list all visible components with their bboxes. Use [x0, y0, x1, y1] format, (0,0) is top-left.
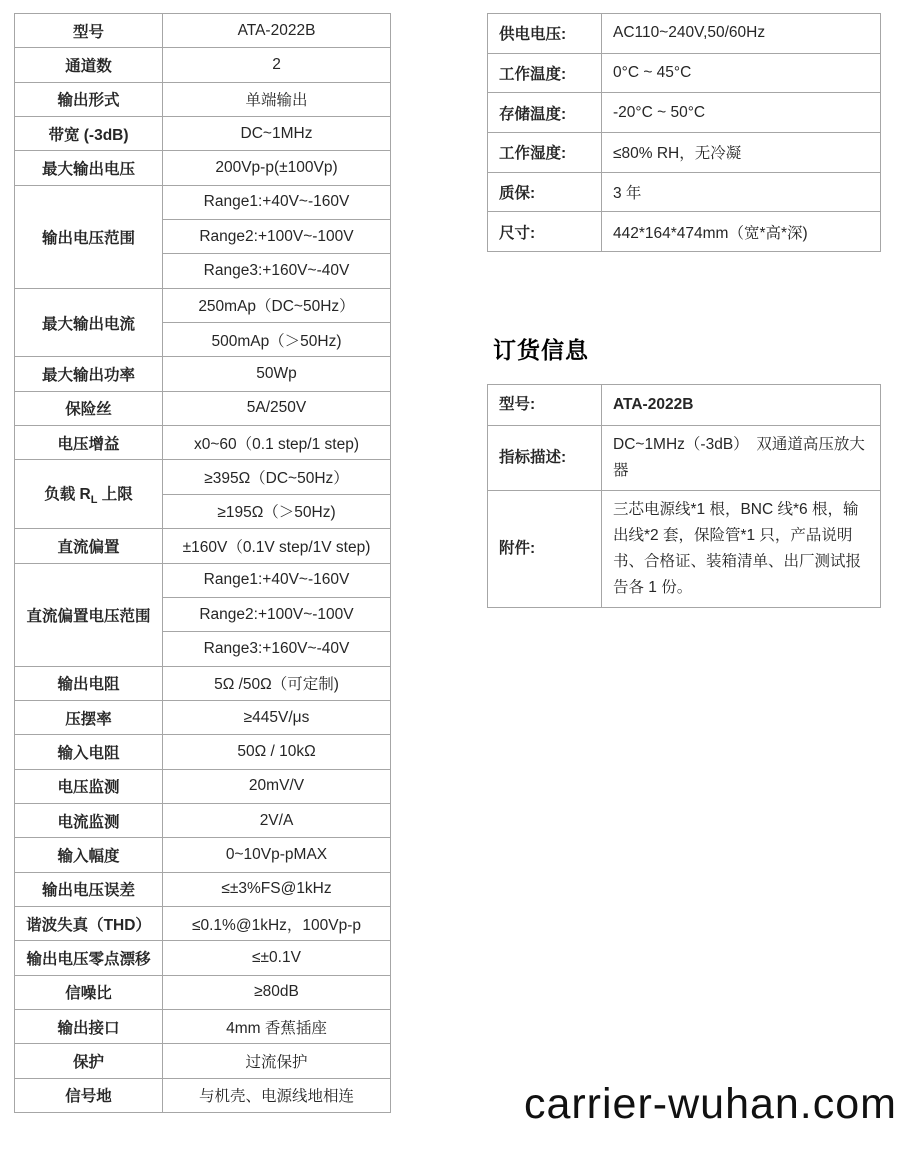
- spec-value: x0~60（0.1 step/1 step): [163, 426, 391, 460]
- spec-value: Range3:+160V~-40V: [163, 632, 391, 666]
- spec-label: 输出电压零点漂移: [15, 941, 163, 975]
- table-row: 最大输出电流250mAp（DC~50Hz）: [15, 288, 391, 322]
- spec-value: Range2:+100V~-100V: [163, 220, 391, 254]
- spec-label: 电压增益: [15, 426, 163, 460]
- spec-label: 输出电阻: [15, 666, 163, 700]
- page: { "colors": { "background": "#ffffff", "…: [0, 0, 899, 1152]
- table-row: 输出电压误差≤±3%FS@1kHz: [15, 872, 391, 906]
- table-row: 型号ATA-2022B: [15, 14, 391, 48]
- spec-label: 附件:: [488, 491, 602, 608]
- spec-value: 0~10Vp-pMAX: [163, 838, 391, 872]
- spec-value: 442*164*474mm（宽*高*深): [602, 212, 881, 252]
- table-row: 谐波失真（THD）≤0.1%@1kHz，100Vp-p: [15, 906, 391, 940]
- spec-label: 最大输出功率: [15, 357, 163, 391]
- spec-value: ≤80% RH，无冷凝: [602, 132, 881, 172]
- table-row: 通道数2: [15, 48, 391, 82]
- spec-value: ≥395Ω（DC~50Hz）: [163, 460, 391, 494]
- table-row: 质保:3 年: [488, 172, 881, 212]
- spec-label: 保险丝: [15, 391, 163, 425]
- spec-value: 5Ω /50Ω（可定制): [163, 666, 391, 700]
- spec-label: 压摆率: [15, 700, 163, 734]
- table-row: 输出电压零点漂移≤±0.1V: [15, 941, 391, 975]
- spec-label: 型号: [15, 14, 163, 48]
- spec-value: Range3:+160V~-40V: [163, 254, 391, 288]
- spec-value: 过流保护: [163, 1044, 391, 1078]
- spec-label: 带宽 (-3dB): [15, 117, 163, 151]
- spec-value: 2V/A: [163, 803, 391, 837]
- table-row: 最大输出电压200Vp-p(±100Vp): [15, 151, 391, 185]
- spec-label: 电压监测: [15, 769, 163, 803]
- spec-label: 谐波失真（THD）: [15, 906, 163, 940]
- spec-value: DC~1MHz: [163, 117, 391, 151]
- spec-value: -20°C ~ 50°C: [602, 93, 881, 133]
- ordering-info-table: 型号:ATA-2022B指标描述:DC~1MHz（-3dB） 双通道高压放大器附…: [487, 384, 881, 608]
- spec-label: 通道数: [15, 48, 163, 82]
- spec-label: 直流偏置: [15, 529, 163, 563]
- spec-label: 输出接口: [15, 1009, 163, 1043]
- spec-value: 3 年: [602, 172, 881, 212]
- watermark-text: carrier-wuhan.com: [524, 1080, 897, 1129]
- spec-label: 输入电阻: [15, 735, 163, 769]
- table-row: 存储温度:-20°C ~ 50°C: [488, 93, 881, 133]
- spec-value: 500mAp（＞50Hz): [163, 323, 391, 357]
- spec-label: 输出电压范围: [15, 185, 163, 288]
- table-row: 输出电压范围Range1:+40V~-160V: [15, 185, 391, 219]
- spec-value: 20mV/V: [163, 769, 391, 803]
- table-row: 附件:三芯电源线*1 根，BNC 线*6 根，输出线*2 套，保险管*1 只，产…: [488, 491, 881, 608]
- spec-label: 指标描述:: [488, 426, 602, 491]
- table-row: 供电电压:AC110~240V,50/60Hz: [488, 14, 881, 54]
- table-row: 型号:ATA-2022B: [488, 385, 881, 426]
- spec-value: ≤±0.1V: [163, 941, 391, 975]
- table-row: 输出形式单端输出: [15, 82, 391, 116]
- spec-value: 50Ω / 10kΩ: [163, 735, 391, 769]
- spec-value: 单端输出: [163, 82, 391, 116]
- spec-value: 与机壳、电源线地相连: [163, 1078, 391, 1112]
- main-spec-table: 型号ATA-2022B通道数2输出形式单端输出带宽 (-3dB)DC~1MHz最…: [14, 13, 391, 1113]
- table-row: 工作温度:0°C ~ 45°C: [488, 53, 881, 93]
- spec-value: ATA-2022B: [602, 385, 881, 426]
- spec-value: Range1:+40V~-160V: [163, 185, 391, 219]
- spec-label: 最大输出电压: [15, 151, 163, 185]
- ordering-info-heading: 订货信息: [493, 332, 881, 365]
- table-row: 电流监测2V/A: [15, 803, 391, 837]
- table-row: 输入幅度0~10Vp-pMAX: [15, 838, 391, 872]
- spec-value: Range1:+40V~-160V: [163, 563, 391, 597]
- table-row: 输出电阻5Ω /50Ω（可定制): [15, 666, 391, 700]
- spec-label: 信号地: [15, 1078, 163, 1112]
- spec-label: 尺寸:: [488, 212, 602, 252]
- spec-value: 0°C ~ 45°C: [602, 53, 881, 93]
- spec-value: ≥445V/μs: [163, 700, 391, 734]
- spec-value: ≥195Ω（＞50Hz): [163, 494, 391, 528]
- table-row: 电压增益x0~60（0.1 step/1 step): [15, 426, 391, 460]
- spec-value: 三芯电源线*1 根，BNC 线*6 根，输出线*2 套，保险管*1 只，产品说明…: [602, 491, 881, 608]
- table-row: 尺寸:442*164*474mm（宽*高*深): [488, 212, 881, 252]
- table-row: 输出接口4mm 香蕉插座: [15, 1009, 391, 1043]
- spec-label: 输出电压误差: [15, 872, 163, 906]
- spec-label: 电流监测: [15, 803, 163, 837]
- general-info-table: 供电电压:AC110~240V,50/60Hz工作温度:0°C ~ 45°C存储…: [487, 13, 881, 252]
- spec-label: 存储温度:: [488, 93, 602, 133]
- spec-value: 2: [163, 48, 391, 82]
- table-row: 直流偏置电压范围Range1:+40V~-160V: [15, 563, 391, 597]
- right-column: 供电电压:AC110~240V,50/60Hz工作温度:0°C ~ 45°C存储…: [487, 13, 881, 608]
- spec-value: DC~1MHz（-3dB） 双通道高压放大器: [602, 426, 881, 491]
- spec-label: 负载 RL 上限: [15, 460, 163, 529]
- spec-label: 质保:: [488, 172, 602, 212]
- table-row: 信号地与机壳、电源线地相连: [15, 1078, 391, 1112]
- spec-value: 4mm 香蕉插座: [163, 1009, 391, 1043]
- table-row: 保护过流保护: [15, 1044, 391, 1078]
- table-row: 工作湿度:≤80% RH，无冷凝: [488, 132, 881, 172]
- spec-value: 250mAp（DC~50Hz）: [163, 288, 391, 322]
- spec-value: 200Vp-p(±100Vp): [163, 151, 391, 185]
- spec-label: 工作温度:: [488, 53, 602, 93]
- spec-label: 工作湿度:: [488, 132, 602, 172]
- spec-label: 保护: [15, 1044, 163, 1078]
- spec-value: AC110~240V,50/60Hz: [602, 14, 881, 54]
- table-row: 保险丝5A/250V: [15, 391, 391, 425]
- spec-value: 5A/250V: [163, 391, 391, 425]
- spec-value: ≤±3%FS@1kHz: [163, 872, 391, 906]
- spec-value: 50Wp: [163, 357, 391, 391]
- spec-label: 供电电压:: [488, 14, 602, 54]
- table-row: 直流偏置±160V（0.1V step/1V step): [15, 529, 391, 563]
- spec-label: 最大输出电流: [15, 288, 163, 357]
- spec-value: ≥80dB: [163, 975, 391, 1009]
- table-row: 指标描述:DC~1MHz（-3dB） 双通道高压放大器: [488, 426, 881, 491]
- spec-label: 型号:: [488, 385, 602, 426]
- spec-value: ATA-2022B: [163, 14, 391, 48]
- table-row: 最大输出功率50Wp: [15, 357, 391, 391]
- spec-value: ≤0.1%@1kHz，100Vp-p: [163, 906, 391, 940]
- spec-label: 输入幅度: [15, 838, 163, 872]
- table-row: 负载 RL 上限≥395Ω（DC~50Hz）: [15, 460, 391, 494]
- table-row: 电压监测20mV/V: [15, 769, 391, 803]
- table-row: 输入电阻50Ω / 10kΩ: [15, 735, 391, 769]
- table-row: 压摆率≥445V/μs: [15, 700, 391, 734]
- table-row: 信噪比≥80dB: [15, 975, 391, 1009]
- spec-label: 输出形式: [15, 82, 163, 116]
- spec-label: 直流偏置电压范围: [15, 563, 163, 666]
- spec-value: ±160V（0.1V step/1V step): [163, 529, 391, 563]
- table-row: 带宽 (-3dB)DC~1MHz: [15, 117, 391, 151]
- spec-label: 信噪比: [15, 975, 163, 1009]
- spec-value: Range2:+100V~-100V: [163, 597, 391, 631]
